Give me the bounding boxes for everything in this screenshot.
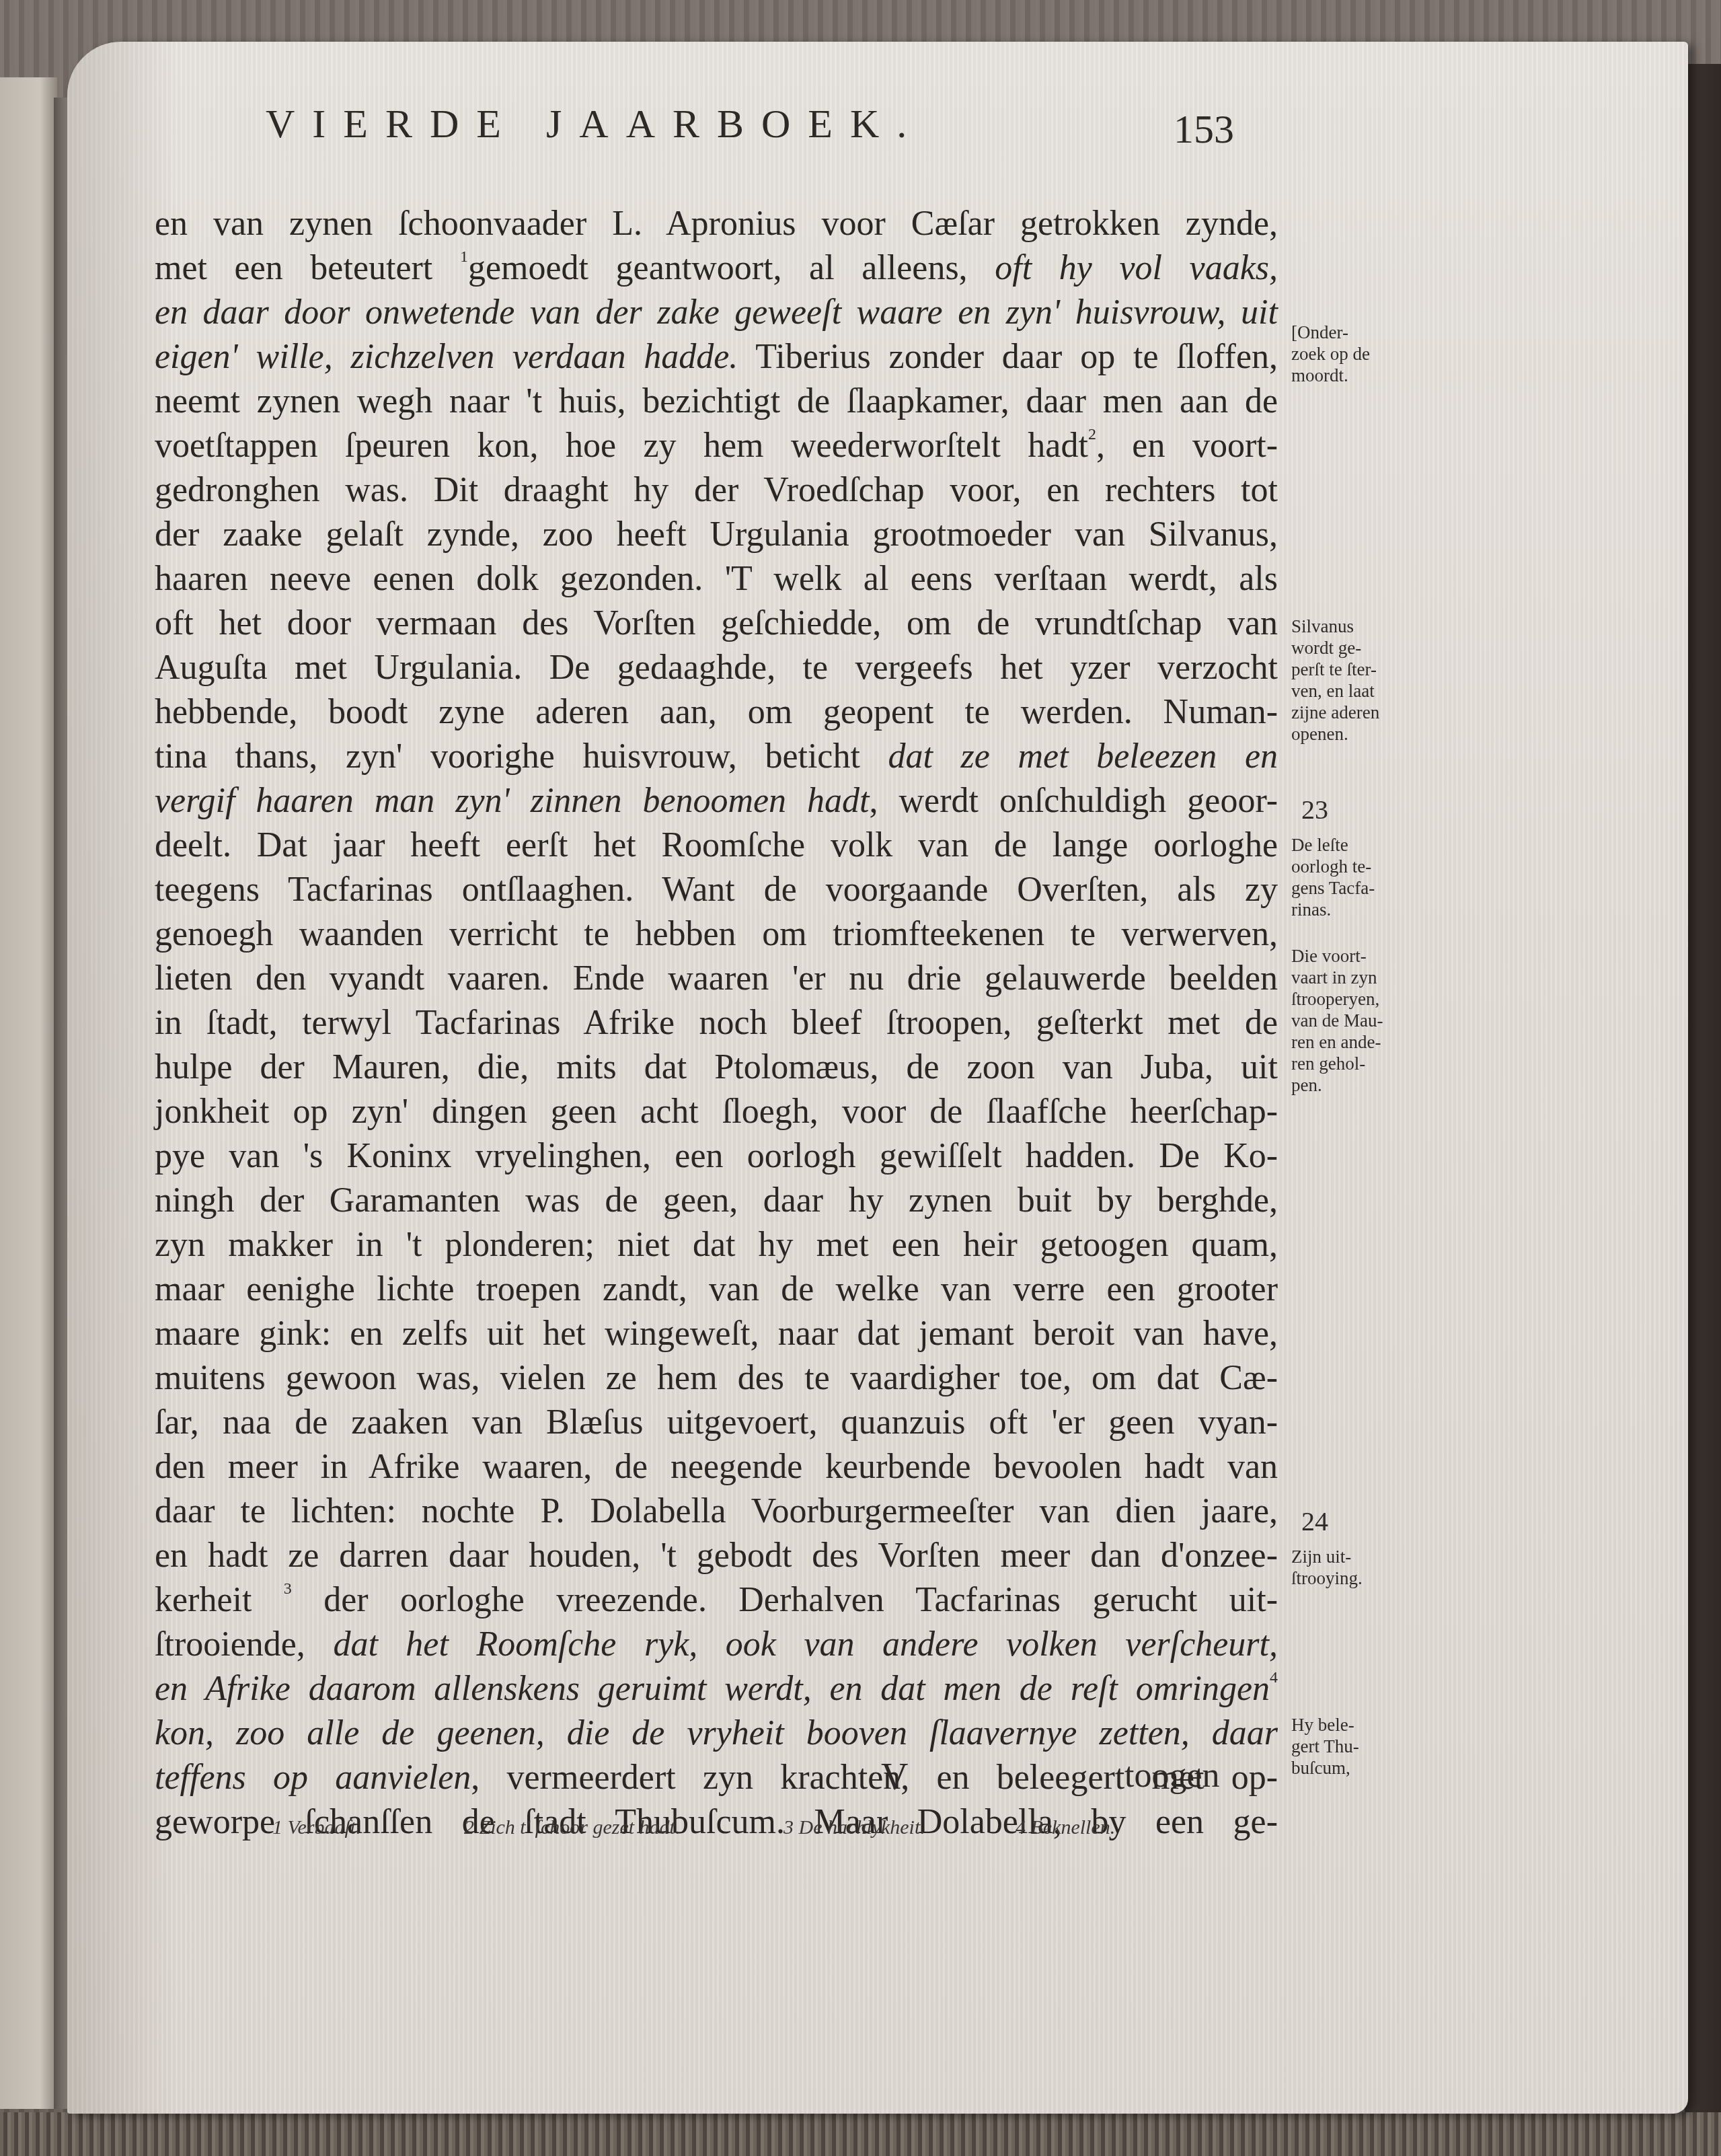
margin-note-line: Hy bele-	[1291, 1714, 1432, 1736]
text-line: hebbende, boodt zyne aderen aan, om geop…	[155, 690, 1278, 735]
footnote-3: 3 De hachlykheit.	[783, 1816, 925, 1839]
text-line: muitens gewoon was, vielen ze hem des te…	[155, 1356, 1278, 1401]
roman-text: maar eenighe lichte troepen zandt, van d…	[155, 1270, 1278, 1308]
margin-note-line: wordt ge-	[1291, 637, 1432, 659]
section-number-23: 23	[1301, 794, 1328, 825]
footnote-marker: 1	[460, 248, 468, 266]
text-line: maar eenighe lichte troepen zandt, van d…	[155, 1267, 1278, 1312]
roman-text: ningh der Garamanten was de geen, daar h…	[155, 1181, 1278, 1220]
footnote-2: 2 Zich t' ſchoor gezet hadt.	[464, 1816, 680, 1839]
roman-text: Tiberius zonder daar op te ſloffen,	[738, 338, 1278, 376]
text-line: der zaake gelaſt zynde, zoo heeft Urgula…	[155, 513, 1278, 557]
margin-note-line: moordt.	[1291, 365, 1432, 386]
text-line: met een beteutert 1gemoedt geantwoort, a…	[155, 246, 1278, 291]
text-line: en daar door onwetende van der zake gewe…	[155, 291, 1278, 335]
margin-note-strooperyen: Die voort- vaart in zyn ſtrooperyen, van…	[1291, 945, 1432, 1096]
margin-note-line: zijne aderen	[1291, 702, 1432, 723]
margin-note-line: gert Thu-	[1291, 1736, 1432, 1757]
roman-text: daar te lichten: nochte P. Dolabella Voo…	[155, 1492, 1278, 1530]
italic-text: en daar door onwetende van der zake gewe…	[155, 293, 1278, 332]
margin-note-line: De leſte	[1291, 834, 1432, 856]
text-line: lieten den vyandt vaaren. Ende waaren 'e…	[155, 957, 1278, 1001]
text-line: den meer in Afrike waaren, de neegende k…	[155, 1445, 1278, 1489]
text-line: neemt zynen wegh naar 't huis, bezichtig…	[155, 379, 1278, 424]
margin-note-line: Zijn uit-	[1291, 1546, 1432, 1567]
footnote-marker: 3	[284, 1580, 292, 1598]
roman-text: en van zynen ſchoonvaader L. Apronius vo…	[155, 205, 1278, 243]
margin-note-line: ven, en laat	[1291, 680, 1432, 702]
text-line: teegens Tacfarinas ontſlaaghen. Want de …	[155, 868, 1278, 912]
margin-note-line: ſtrooperyen,	[1291, 988, 1432, 1010]
roman-text: der oorloghe vreezende. Derhalven Tacfar…	[292, 1581, 1278, 1619]
roman-text: hulpe der Mauren, die, mits dat Ptolomæu…	[155, 1048, 1278, 1086]
roman-text: muitens gewoon was, vielen ze hem des te…	[155, 1359, 1278, 1397]
italic-text: en Afrike daarom allenskens geruimt werd…	[155, 1670, 1270, 1708]
roman-text: der zaake gelaſt zynde, zoo heeft Urgula…	[155, 515, 1278, 554]
margin-note-line: rinas.	[1291, 899, 1432, 920]
margin-note-line: oorlogh te-	[1291, 856, 1432, 877]
margin-note-line: vaart in zyn	[1291, 967, 1432, 988]
margin-note-line: van de Mau-	[1291, 1010, 1432, 1031]
roman-text: tina thans, zyn' voorighe huisvrouw, bet…	[155, 737, 888, 776]
text-line: jonkheit op zyn' dingen geen acht ſloegh…	[155, 1090, 1278, 1134]
text-line: zyn makker in 't plonderen; niet dat hy …	[155, 1223, 1278, 1267]
signature-mark: V	[881, 1756, 908, 1799]
text-line: voetſtappen ſpeuren kon, hoe zy hem weed…	[155, 424, 1278, 468]
roman-text: haaren neeve eenen dolk gezonden. 'T wel…	[155, 560, 1278, 598]
text-line: pye van 's Koninx vryelinghen, een oorlo…	[155, 1134, 1278, 1179]
text-line: Auguſta met Urgulania. De gedaaghde, te …	[155, 646, 1278, 690]
footnote-marker: 4	[1270, 1669, 1278, 1686]
body-text: en van zynen ſchoonvaader L. Apronius vo…	[155, 202, 1278, 1845]
text-line: hulpe der Mauren, die, mits dat Ptolomæu…	[155, 1045, 1278, 1090]
text-line: en Afrike daarom allenskens geruimt werd…	[155, 1667, 1278, 1711]
footnote-4: 4 Beknellen.	[1016, 1816, 1115, 1839]
margin-note-line: pen.	[1291, 1074, 1432, 1096]
text-line: tina thans, zyn' voorighe huisvrouw, bet…	[155, 735, 1278, 779]
catchword: toogen	[1124, 1756, 1220, 1795]
text-line: oft het door vermaan des Vorſten geſchie…	[155, 601, 1278, 646]
italic-text: teffens op aanvielen	[155, 1758, 471, 1797]
page-number: 153	[1174, 106, 1234, 153]
table-surface	[0, 2112, 1721, 2156]
margin-note-line: [Onder-	[1291, 322, 1432, 343]
roman-text: neemt zynen wegh naar 't huis, bezichtig…	[155, 382, 1278, 420]
roman-text: ſar, naa de zaaken van Blæſus uitgevoert…	[155, 1403, 1278, 1442]
book-cover-edge	[1685, 64, 1721, 2116]
roman-text: teegens Tacfarinas ontſlaaghen. Want de …	[155, 870, 1278, 909]
footnotes: 1 Verbaaſt. 2 Zich t' ſchoor gezet hadt.…	[272, 1816, 1214, 1850]
roman-text: Auguſta met Urgulania. De gedaaghde, te …	[155, 648, 1278, 687]
italic-text: dat het Roomſche ryk, ook van andere vol…	[333, 1625, 1278, 1664]
roman-text: deelt. Dat jaar heeft eerſt het Roomſche…	[155, 826, 1278, 864]
roman-text: den meer in Afrike waaren, de neegende k…	[155, 1448, 1278, 1486]
text-line: ſtrooiende, dat het Roomſche ryk, ook va…	[155, 1623, 1278, 1667]
italic-text: kon, zoo alle de geenen, die de vryheit …	[155, 1714, 1278, 1752]
text-line: eigen' wille, zichzelven verdaan hadde. …	[155, 335, 1278, 379]
margin-note-onderzoek: [Onder- zoek op de moordt.	[1291, 322, 1432, 386]
roman-text: jonkheit op zyn' dingen geen acht ſloegh…	[155, 1092, 1278, 1131]
running-header: VIERDE JAARBOEK. 153	[266, 101, 1342, 175]
margin-note-thubuscum: Hy bele- gert Thu- buſcum,	[1291, 1714, 1432, 1779]
text-line: daar te lichten: nochte P. Dolabella Voo…	[155, 1489, 1278, 1534]
italic-text: oft hy vol vaaks,	[995, 249, 1278, 287]
roman-text: en hadt ze darren daar houden, 't gebodt…	[155, 1536, 1278, 1575]
roman-text: voetſtappen ſpeuren kon, hoe zy hem weed…	[155, 426, 1088, 465]
roman-text: met een beteutert	[155, 249, 460, 287]
margin-note-line: openen.	[1291, 723, 1432, 745]
margin-note-line: Silvanus	[1291, 616, 1432, 637]
text-line: ningh der Garamanten was de geen, daar h…	[155, 1179, 1278, 1223]
running-title: VIERDE JAARBOEK.	[266, 101, 924, 147]
margin-note-uitstrooying: Zijn uit- ſtrooying.	[1291, 1546, 1432, 1589]
text-line: genoegh waanden verricht te hebben om tr…	[155, 912, 1278, 957]
text-line: teffens op aanvielen, vermeerdert zyn kr…	[155, 1756, 1278, 1800]
footnote-1: 1 Verbaaſt.	[272, 1816, 361, 1839]
margin-note-line: ſtrooying.	[1291, 1567, 1432, 1589]
roman-text: hebbende, boodt zyne aderen aan, om geop…	[155, 693, 1278, 731]
text-line: ſar, naa de zaaken van Blæſus uitgevoert…	[155, 1401, 1278, 1445]
roman-text: gedronghen was. Dit draaght hy der Vroed…	[155, 471, 1278, 509]
text-line: kerheit 3 der oorloghe vreezende. Derhal…	[155, 1578, 1278, 1623]
roman-text: kerheit	[155, 1581, 284, 1619]
text-line: gedronghen was. Dit draaght hy der Vroed…	[155, 468, 1278, 513]
margin-note-line: ren en ande-	[1291, 1031, 1432, 1053]
roman-text: in ſtadt, terwyl Tacfarinas Afrike noch …	[155, 1004, 1278, 1042]
text-line: en hadt ze darren daar houden, 't gebodt…	[155, 1534, 1278, 1578]
footnote-marker: 2	[1088, 426, 1096, 443]
margin-note-silvanus: Silvanus wordt ge- perſt te ſter- ven, e…	[1291, 616, 1432, 745]
text-line: vergif haaren man zyn' zinnen benoomen h…	[155, 779, 1278, 823]
margin-note-oorlogh: De leſte oorlogh te- gens Tacfa- rinas.	[1291, 834, 1432, 920]
facing-page-edge	[0, 77, 57, 2109]
italic-text: vergif haaren man zyn' zinnen benoomen h…	[155, 782, 870, 820]
margin-note-line: perſt te ſter-	[1291, 659, 1432, 680]
italic-text: eigen' wille, zichzelven verdaan hadde.	[155, 338, 738, 376]
roman-text: genoegh waanden verricht te hebben om tr…	[155, 915, 1278, 953]
margin-note-line: Die voort-	[1291, 945, 1432, 967]
roman-text: maare gink: en zelfs uit het wingeweſt, …	[155, 1314, 1278, 1353]
roman-text: , werdt onſchuldigh geoor-	[870, 782, 1278, 820]
text-line: deelt. Dat jaar heeft eerſt het Roomſche…	[155, 823, 1278, 868]
text-line: en van zynen ſchoonvaader L. Apronius vo…	[155, 202, 1278, 246]
roman-text: gemoedt geantwoort, al alleens,	[468, 249, 995, 287]
roman-text: , en voort-	[1096, 426, 1278, 465]
roman-text: lieten den vyandt vaaren. Ende waaren 'e…	[155, 959, 1278, 998]
margin-note-line: zoek op de	[1291, 343, 1432, 365]
margin-note-line: buſcum,	[1291, 1757, 1432, 1779]
section-number-24: 24	[1301, 1506, 1328, 1537]
text-line: haaren neeve eenen dolk gezonden. 'T wel…	[155, 557, 1278, 601]
text-line: in ſtadt, terwyl Tacfarinas Afrike noch …	[155, 1001, 1278, 1045]
margin-note-line: gens Tacfa-	[1291, 877, 1432, 899]
roman-text: zyn makker in 't plonderen; niet dat hy …	[155, 1226, 1278, 1264]
text-line: kon, zoo alle de geenen, die de vryheit …	[155, 1711, 1278, 1756]
italic-text: dat ze met beleezen en	[888, 737, 1278, 776]
margin-note-line: ren gehol-	[1291, 1053, 1432, 1074]
roman-text: pye van 's Koninx vryelinghen, een oorlo…	[155, 1137, 1278, 1175]
roman-text: ſtrooiende,	[155, 1625, 333, 1664]
roman-text: oft het door vermaan des Vorſten geſchie…	[155, 604, 1278, 642]
text-line: maare gink: en zelfs uit het wingeweſt, …	[155, 1312, 1278, 1356]
